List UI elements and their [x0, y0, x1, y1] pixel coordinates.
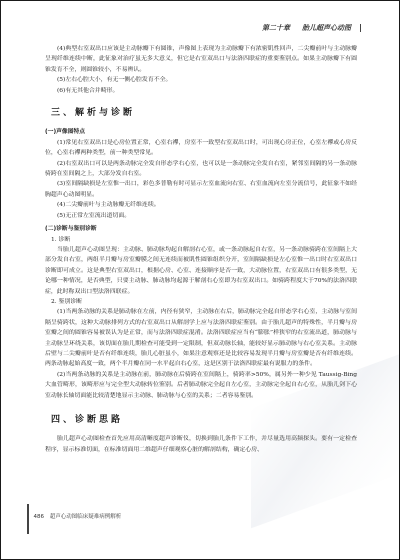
numbered-heading: 1. 诊断	[45, 235, 357, 245]
section-heading: 四、诊断思路	[51, 415, 357, 425]
paragraph: (2)右室双出口可以是两条动脉完全发自形态学右心室，也可以是一条动脉完全发自右室…	[45, 159, 357, 180]
paragraph: (6)有无其他合并畸形。	[45, 86, 357, 96]
book-title: 超声心动图临床疑难病例解析	[50, 514, 122, 520]
footer-rule	[27, 504, 29, 534]
paragraph: (4)典型右室双出口应该是主动脉瓣下有圆锥，声像图上表现为主动脉瓣下有浓密肌性回…	[45, 44, 357, 75]
paragraph: (2)当两条动脉的关系是主动脉在前，肺动脉在后骑跨在室间隔上，骑跨率>50%，属…	[45, 370, 357, 401]
chapter-title: 胎儿超声心动图	[302, 23, 351, 33]
document-page: 第二十章 胎儿超声心动图 (4)典型右室双出口应该是主动脉瓣下有圆锥，声像图上表…	[0, 0, 400, 560]
page-number: 486	[34, 514, 45, 520]
chapter-number: 第二十章	[262, 23, 290, 33]
paragraph: (5)左右心腔大小，有无一侧心腔发育不全。	[45, 75, 357, 85]
section-heading: 三、解析与诊断	[51, 108, 357, 118]
paragraph: (4)二尖瓣前叶与主动脉瓣无纤维连续。	[45, 200, 357, 210]
running-header: 第二十章 胎儿超声心动图	[262, 23, 361, 33]
paragraph: (5)无正常左室流出道切面。	[45, 211, 357, 221]
numbered-heading: 2. 鉴别诊断	[45, 297, 357, 307]
subsection-heading: (二)诊断与鉴别诊断	[45, 224, 357, 234]
page-footer: 486 超声心动图临床疑难病例解析	[27, 504, 121, 534]
page-body: (4)典型右室双出口应该是主动脉瓣下有圆锥，声像图上表现为主动脉瓣下有浓密肌性回…	[45, 44, 357, 455]
header-rule	[360, 24, 361, 32]
paragraph: 胎儿超声心动图检查首先应用高清晰度超声诊断仪，切换到胎儿条件下工作，并尽量选用高…	[45, 434, 357, 455]
paragraph: (3)室间隔缺损是左室惟一出口，彩色多普勒有时可显示左室血流向右室、右室血流向左…	[45, 179, 357, 200]
paragraph: (1)当两条动脉的关系是肺动脉在左前，内径有狭窄，主动脉在右后，肺动脉完全起自形…	[45, 307, 357, 369]
subsection-heading: (一)声像图特点	[45, 127, 357, 137]
paragraph: (1)常见右室双出口是心房位置正常，心室右襻，房室不一致型右室双出口时，可出现心…	[45, 138, 357, 159]
paragraph: 当胎儿超声心动图呈现：主动脉、肺动脉均起自解剖右心室，或一条动脉起自右室，另一条…	[45, 245, 357, 297]
